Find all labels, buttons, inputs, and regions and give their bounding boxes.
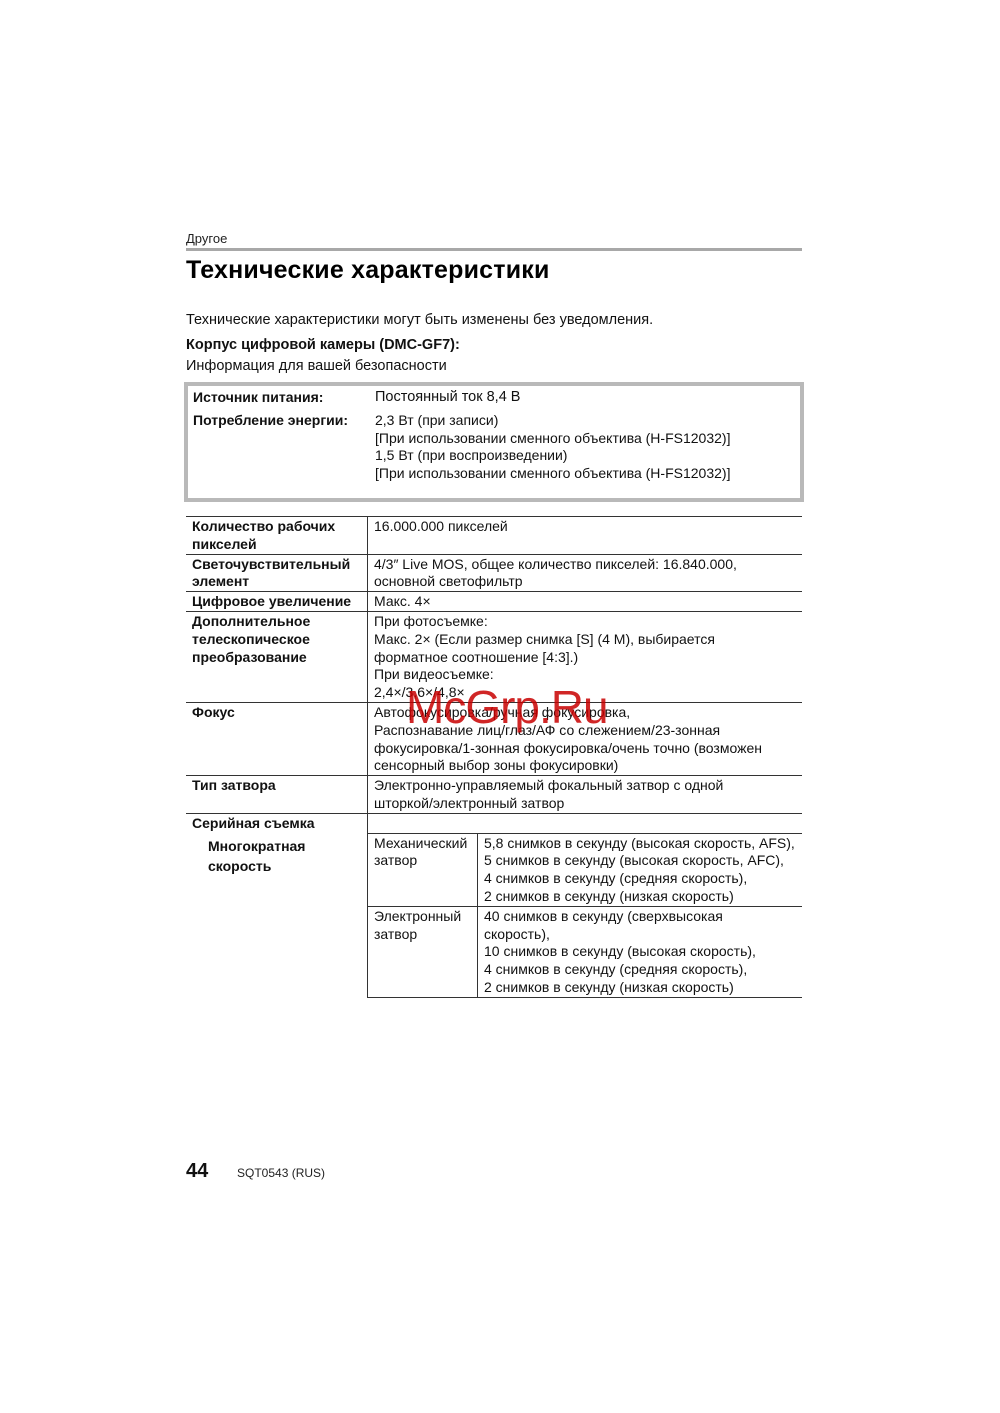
spec-label: Фокус bbox=[186, 702, 368, 775]
value-line: фокусировка/1-зонная фокусировка/очень т… bbox=[374, 740, 796, 758]
power-consumption-value: 2,3 Вт (при записи) [При использовании с… bbox=[375, 412, 795, 482]
section-label: Другое bbox=[186, 231, 227, 246]
value-line: 2 снимков в секунду (низкая скорость) bbox=[484, 979, 796, 997]
section-rule bbox=[186, 248, 802, 251]
value-line: 4 снимков в секунду (средняя скорость), bbox=[484, 870, 796, 888]
electronic-shutter-value: 40 снимков в секунду (сверхвысокая скоро… bbox=[478, 906, 803, 997]
value-line: 10 снимков в секунду (высокая скорость), bbox=[484, 943, 796, 961]
value-line: Макс. 2× (Если размер снимка [S] (4 M), … bbox=[374, 631, 796, 649]
document-code: SQT0543 (RUS) bbox=[237, 1166, 325, 1180]
value-line: 5 снимков в секунду (высокая скорость, A… bbox=[484, 852, 796, 870]
table-row: Фокус Автофокусировка/ручная фокусировка… bbox=[186, 702, 802, 775]
value-line: 2,3 Вт (при записи) bbox=[375, 412, 795, 430]
table-row-burst: Серийная съемка bbox=[186, 813, 802, 833]
value-line: шторкой/электронный затвор bbox=[374, 795, 796, 813]
safety-info-box: Источник питания: Постоянный ток 8,4 В П… bbox=[184, 382, 804, 502]
value-line: 2 снимков в секунду (низкая скорость) bbox=[484, 888, 796, 906]
value-line: [При использовании сменного объектива (H… bbox=[375, 465, 795, 483]
spec-label: Светочувствительный элемент bbox=[186, 554, 368, 592]
spec-value: Автофокусировка/ручная фокусировка, Расп… bbox=[368, 702, 803, 775]
value-line: [При использовании сменного объектива (H… bbox=[375, 430, 795, 448]
spec-value: 16.000.000 пикселей bbox=[368, 517, 803, 555]
power-source-label: Источник питания: bbox=[193, 389, 373, 407]
value-line: 5,8 снимков в секунду (высокая скорость,… bbox=[484, 835, 796, 853]
safety-heading: Информация для вашей безопасности bbox=[186, 356, 653, 377]
burst-label: Серийная съемка bbox=[186, 813, 368, 833]
value-line: сенсорный выбор зоны фокусировки) bbox=[374, 757, 796, 775]
spec-value: Макс. 4× bbox=[368, 592, 803, 612]
burst-sub-label: Многократная скорость bbox=[186, 833, 368, 997]
spec-label: Дополнительное телескопическое преобразо… bbox=[186, 611, 368, 702]
table-row: Дополнительное телескопическое преобразо… bbox=[186, 611, 802, 702]
spec-label: Количество рабочих пикселей bbox=[186, 517, 368, 555]
value-line: 4 снимков в секунду (средняя скорость), bbox=[484, 961, 796, 979]
page-number: 44 bbox=[186, 1160, 208, 1183]
mechanical-shutter-label: Механический затвор bbox=[368, 833, 478, 906]
electronic-shutter-label: Электронный затвор bbox=[368, 906, 478, 997]
notice-text: Технические характеристики могут быть из… bbox=[186, 310, 653, 331]
spec-table: Количество рабочих пикселей 16.000.000 п… bbox=[186, 516, 802, 998]
table-row: Тип затвора Электронно-управляемый фокал… bbox=[186, 776, 802, 814]
table-row: Светочувствительный элемент 4/3″ Live MO… bbox=[186, 554, 802, 592]
table-row: Цифровое увеличение Макс. 4× bbox=[186, 592, 802, 612]
spec-label: Тип затвора bbox=[186, 776, 368, 814]
value-line: Постоянный ток 8,4 В bbox=[375, 389, 795, 407]
value-line: форматное соотношение [4:3].) bbox=[374, 649, 796, 667]
value-line: скорость), bbox=[484, 926, 796, 944]
value-line: Автофокусировка/ручная фокусировка, bbox=[374, 704, 796, 722]
value-line: При фотосъемке: bbox=[374, 613, 796, 631]
spec-value: При фотосъемке: Макс. 2× (Если размер сн… bbox=[368, 611, 803, 702]
value-line: Электронно-управляемый фокальный затвор … bbox=[374, 777, 796, 795]
value-line: 1,5 Вт (при воспроизведении) bbox=[375, 447, 795, 465]
spec-value: Электронно-управляемый фокальный затвор … bbox=[368, 776, 803, 814]
value-line: Распознавание лиц/глаз/АФ со слежением/2… bbox=[374, 722, 796, 740]
value-line: 2,4×/3,6×/4,8× bbox=[374, 684, 796, 702]
value-line: 16.000.000 пикселей bbox=[374, 518, 796, 536]
mechanical-shutter-value: 5,8 снимков в секунду (высокая скорость,… bbox=[478, 833, 803, 906]
power-consumption-label: Потребление энергии: bbox=[193, 412, 373, 430]
camera-body-heading: Корпус цифровой камеры (DMC-GF7): bbox=[186, 335, 653, 356]
power-source-value: Постоянный ток 8,4 В bbox=[375, 389, 795, 407]
table-row: Количество рабочих пикселей 16.000.000 п… bbox=[186, 517, 802, 555]
value-line: При видеосъемке: bbox=[374, 666, 796, 684]
value-line: Макс. 4× bbox=[374, 593, 796, 611]
intro-block: Технические характеристики могут быть из… bbox=[186, 310, 653, 377]
spec-label: Цифровое увеличение bbox=[186, 592, 368, 612]
burst-value-empty bbox=[368, 813, 803, 833]
page-title: Технические характеристики bbox=[186, 256, 550, 285]
value-line: основной светофильтр bbox=[374, 573, 796, 591]
table-row-burst-mechanical: Многократная скорость Механический затво… bbox=[186, 833, 802, 906]
value-line: 4/3″ Live MOS, общее количество пикселей… bbox=[374, 556, 796, 574]
spec-value: 4/3″ Live MOS, общее количество пикселей… bbox=[368, 554, 803, 592]
value-line: 40 снимков в секунду (сверхвысокая bbox=[484, 908, 796, 926]
